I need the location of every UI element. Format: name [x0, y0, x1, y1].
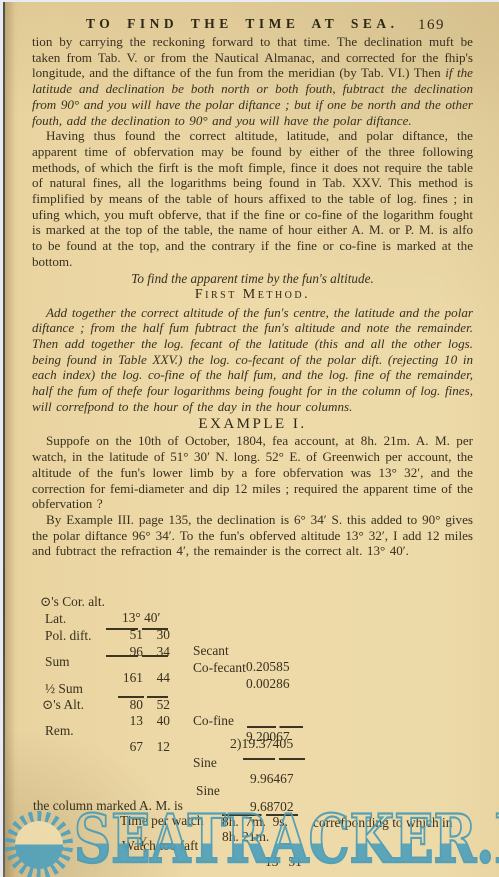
- page-body: tion by carrying the reckoning forward t…: [32, 34, 473, 559]
- paragraph-declination: tion by carrying the reckoning forward t…: [32, 34, 473, 128]
- scan-edge-top: [0, 0, 499, 2]
- table-row: Pol. dift. 9634 Co-fecant 0.00286: [0, 612, 499, 629]
- table-row: Lat. 5130 Secant 0.20585: [0, 595, 499, 612]
- table-row: ⊙'s Alt. 1340: [0, 681, 499, 698]
- division-rule-top: [247, 726, 303, 728]
- section-heading-italic: To find the apparent time by the fun's a…: [32, 271, 473, 286]
- signature-mark: Y: [138, 834, 147, 850]
- paragraph-example: Suppofe on the 10th of October, 1804, fe…: [32, 433, 473, 512]
- paragraph-example-calc: By Example III. page 135, the declinatio…: [32, 512, 473, 559]
- minutes: 12: [143, 739, 170, 755]
- row-label: Rem.: [45, 723, 74, 739]
- result-row: Watch too faft 13 51: [0, 822, 499, 839]
- page-title: TO FIND THE TIME AT SEA.: [86, 16, 399, 32]
- paragraph-methods: Having thus found the correct altitude, …: [32, 128, 473, 269]
- table-row: ⊙'s Cor. alt. 13° 40′: [0, 578, 499, 595]
- calculation-table: ⊙'s Cor. alt. 13° 40′ Lat. 5130 Secant 0…: [0, 570, 499, 870]
- first-method-heading: First Method.: [32, 286, 473, 303]
- table-row: Sum 16144: [0, 638, 499, 655]
- page-number: 169: [418, 17, 445, 34]
- degrees: 67: [116, 739, 143, 755]
- sum-rule: [106, 628, 168, 630]
- remainder-rule: [118, 696, 168, 698]
- table-row: ½ Sum 8052 Co-fine 9.20067: [0, 665, 499, 682]
- division-line: 2)19.37405: [230, 736, 293, 752]
- paragraph-method-rule: Add together the correct altitude of the…: [32, 305, 473, 415]
- row-degrees: 6712: [116, 739, 170, 755]
- example-heading: EXAMPLE I.: [32, 416, 473, 433]
- running-head: TO FIND THE TIME AT SEA. 169: [0, 16, 499, 36]
- table-row: Rem. 6712 Sine 9.96467: [0, 707, 499, 724]
- result-row: Time per watch 8h. 21m.: [0, 797, 499, 814]
- watch-fast-rule: [222, 814, 298, 816]
- half-sum-rule: [106, 655, 168, 657]
- division-rule-bottom: [243, 758, 305, 760]
- result-value: 13 51: [265, 854, 302, 870]
- paragraph-declination-roman: tion by carrying the reckoning forward t…: [32, 34, 473, 80]
- result-label: Watch too faft: [122, 838, 198, 854]
- scanned-book-page: TO FIND THE TIME AT SEA. 169 tion by car…: [0, 0, 499, 877]
